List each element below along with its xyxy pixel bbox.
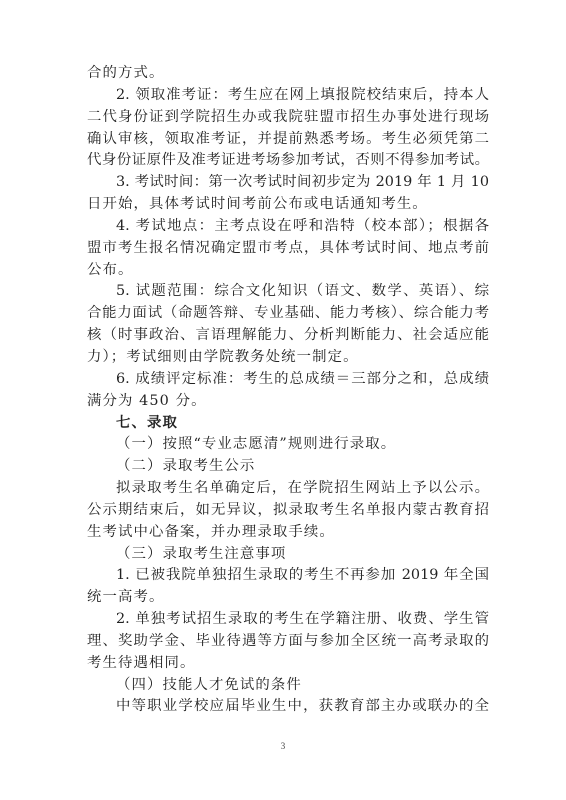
section-heading: 七、录取 (87, 413, 489, 435)
page-number: 3 (0, 741, 566, 751)
text-line: 2. 领取准考证：考生应在网上填报院校结束后，持本人 (87, 85, 489, 107)
text-line: 4. 考试地点：主考点设在呼和浩特（校本部）；根据各 (87, 216, 489, 238)
subsection-heading: （二）录取考生公示 (87, 456, 489, 478)
subsection-heading: （四）技能人才免试的条件 (87, 675, 489, 697)
text-line: 代身份证原件及准考证进考场参加考试，否则不得参加考试。 (87, 150, 489, 172)
text-line: 5. 试题范围：综合文化知识（语文、数学、英语）、综 (87, 281, 489, 303)
document-page: 合的方式。 2. 领取准考证：考生应在网上填报院校结束后，持本人 二代身份证到学… (87, 63, 489, 718)
text-line: 理、奖助学金、毕业待遇等方面与参加全区统一高考录取的 (87, 631, 489, 653)
text-line: 2. 单独考试招生录取的考生在学籍注册、收费、学生管 (87, 609, 489, 631)
subsection-heading: （三）录取考生注意事项 (87, 544, 489, 566)
subsection-heading: （一）按照“专业志愿清”规则进行录取。 (87, 434, 489, 456)
text-line: 确认审核，领取准考证，并提前熟悉考场。考生必须凭第二 (87, 129, 489, 151)
text-line: 中等职业学校应届毕业生中，获教育部主办或联办的全 (87, 696, 489, 718)
text-line: 1. 已被我院单独招生录取的考生不再参加 2019 年全国 (87, 565, 489, 587)
text-line: 考生待遇相同。 (87, 653, 489, 675)
text-line: 生考试中心备案，并办理录取手续。 (87, 522, 489, 544)
text-line: 3. 考试时间：第一次考试时间初步定为 2019 年 1 月 10 (87, 172, 489, 194)
text-line: 合的方式。 (87, 63, 489, 85)
text-line: 拟录取考生名单确定后，在学院招生网站上予以公示。 (87, 478, 489, 500)
text-line: 公示期结束后，如无异议，拟录取考生名单报内蒙古教育招 (87, 500, 489, 522)
text-line: 盟市考生报名情况确定盟市考点，具体考试时间、地点考前 (87, 238, 489, 260)
text-line: 合能力面试（命题答辩、专业基础、能力考核）、综合能力考 (87, 303, 489, 325)
text-line: 满分为 450 分。 (87, 391, 489, 413)
text-line: 力）；考试细则由学院教务处统一制定。 (87, 347, 489, 369)
text-line: 核（时事政治、言语理解能力、分析判断能力、社会适应能 (87, 325, 489, 347)
text-line: 统一高考。 (87, 587, 489, 609)
text-line: 公布。 (87, 260, 489, 282)
text-line: 6. 成绩评定标准：考生的总成绩＝三部分之和，总成绩 (87, 369, 489, 391)
text-line: 二代身份证到学院招生办或我院驻盟市招生办事处进行现场 (87, 107, 489, 129)
text-line: 日开始，具体考试时间考前公布或电话通知考生。 (87, 194, 489, 216)
